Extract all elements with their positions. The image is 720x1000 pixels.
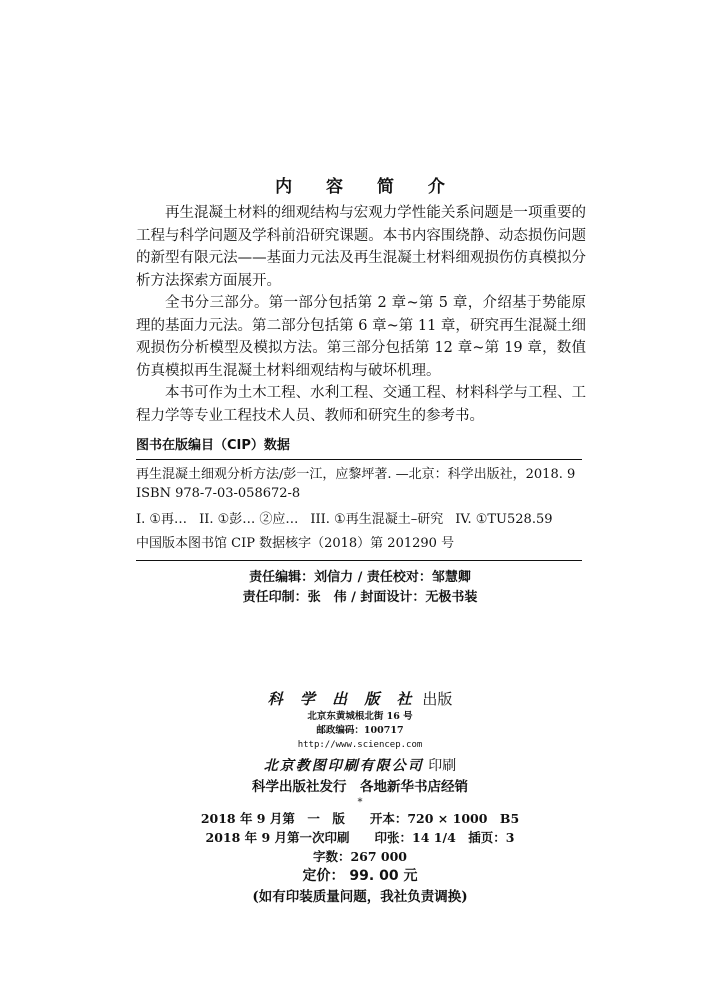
publisher-block: 科 学 出 版 社 出版 北京东黄城根北街 16 号 邮政编码：100717 h… [0,688,720,908]
printing-cover-design-line: 责任印制：张 伟 / 封面设计：无极书装 [0,588,720,608]
copyright-page: 内 容 简 介 再生混凝土材料的细观结构与宏观力学性能关系问题是一项重要的工程与… [0,0,720,1000]
cip-class-item: II. ①彭… ②应… [199,510,298,529]
printing-line: 2018 年 9 月第一次印刷 印张：14 1/4 插页：3 [0,828,720,847]
publisher-line: 科 学 出 版 社 出版 [0,688,720,710]
cip-top-rule [136,459,582,460]
cip-classification: I. ①再… II. ①彭… ②应… III. ①再生混凝土–研究 IV. ①T… [136,510,582,529]
quality-note: (如有印装质量问题，我社负责调换) [0,887,720,908]
summary-paragraph: 全书分三部分。第一部分包括第 2 章~第 5 章，介绍基于势能原理的基面力元法。… [136,292,586,382]
price: 定价： 99. 00 元 [0,866,720,887]
publisher-postcode: 邮政编码：100717 [0,724,720,738]
cip-block: 图书在版编目（CIP）数据 再生混凝土细观分析方法/彭一江，应黎坪著. —北京：… [136,437,582,561]
editor-proofreader-line: 责任编辑：刘信力 / 责任校对：邹慧卿 [0,568,720,588]
publisher-name: 科 学 出 版 社 [268,690,418,708]
summary-title: 内 容 简 介 [0,172,720,197]
edition-line: 2018 年 9 月第 一 版 开本：720 × 1000 B5 [0,809,720,828]
publisher-suffix: 出版 [422,690,452,708]
summary-paragraph: 本书可作为土木工程、水利工程、交通工程、材料科学与工程、工程力学等专业工程技术人… [136,382,586,427]
summary-body: 再生混凝土材料的细观结构与宏观力学性能关系问题是一项重要的工程与科学问题及学科前… [136,202,586,427]
cip-class-item: IV. ①TU528.59 [455,510,552,529]
cip-core-number: 中国版本图书馆 CIP 数据核字（2018）第 201290 号 [136,534,582,553]
summary-paragraph: 再生混凝土材料的细观结构与宏观力学性能关系问题是一项重要的工程与科学问题及学科前… [136,202,586,292]
cip-isbn: ISBN 978-7-03-058672-8 [136,484,582,503]
publisher-url: http://www.sciencep.com [0,738,720,752]
cip-heading: 图书在版编目（CIP）数据 [136,437,582,459]
printer-line: 北京教图印刷有限公司 印刷 [0,755,720,777]
separator-star: * [0,797,720,809]
printer-name: 北京教图印刷有限公司 [264,758,424,774]
distribution-line: 科学出版社发行 各地新华书店经销 [0,777,720,797]
word-count: 字数：267 000 [0,847,720,866]
cip-class-item: I. ①再… [136,510,187,529]
printer-suffix: 印刷 [428,758,456,774]
cip-class-item: III. ①再生混凝土–研究 [310,510,443,529]
cip-bottom-rule [136,560,582,561]
responsibility-block: 责任编辑：刘信力 / 责任校对：邹慧卿 责任印制：张 伟 / 封面设计：无极书装 [0,568,720,608]
cip-record-line: 再生混凝土细观分析方法/彭一江，应黎坪著. —北京：科学出版社，2018. 9 [136,465,582,484]
publisher-address: 北京东黄城根北街 16 号 [0,710,720,724]
